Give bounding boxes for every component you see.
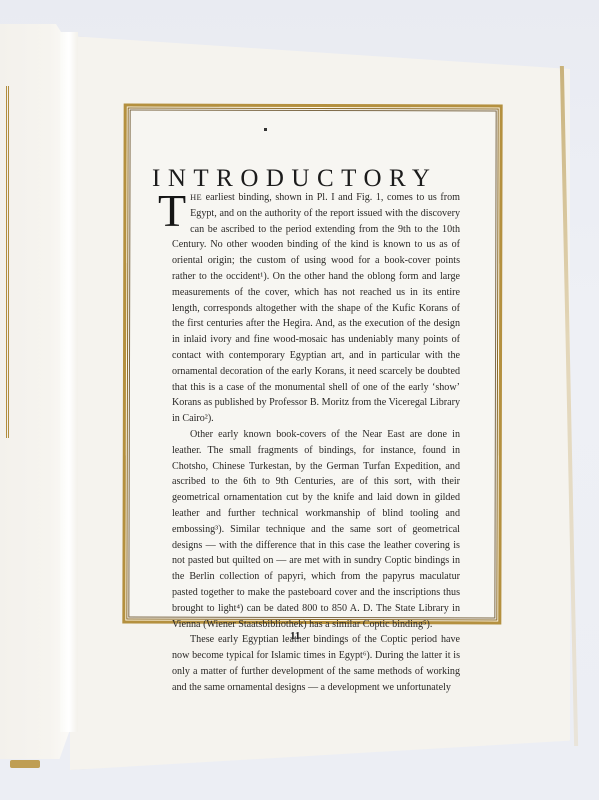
paragraph-1-text: earliest binding, shown in Pl. I and Fig… (172, 192, 460, 424)
body-text: THE earliest binding, shown in Pl. I and… (172, 190, 460, 696)
left-page-gold-frame (0, 86, 9, 438)
printer-mark (264, 128, 267, 131)
paragraph-1: THE earliest binding, shown in Pl. I and… (172, 190, 460, 427)
book-gutter (60, 32, 78, 732)
paragraph-2: Other early known book-covers of the Nea… (172, 427, 460, 632)
page-number: 11 (290, 630, 300, 642)
paragraph-3: These early Egyptian leather bindings of… (172, 632, 460, 695)
chapter-heading: INTRODUCTORY (152, 165, 472, 193)
drop-cap: T (158, 192, 186, 230)
lead-small-caps: HE (190, 193, 202, 202)
gilt-edge (10, 760, 40, 768)
